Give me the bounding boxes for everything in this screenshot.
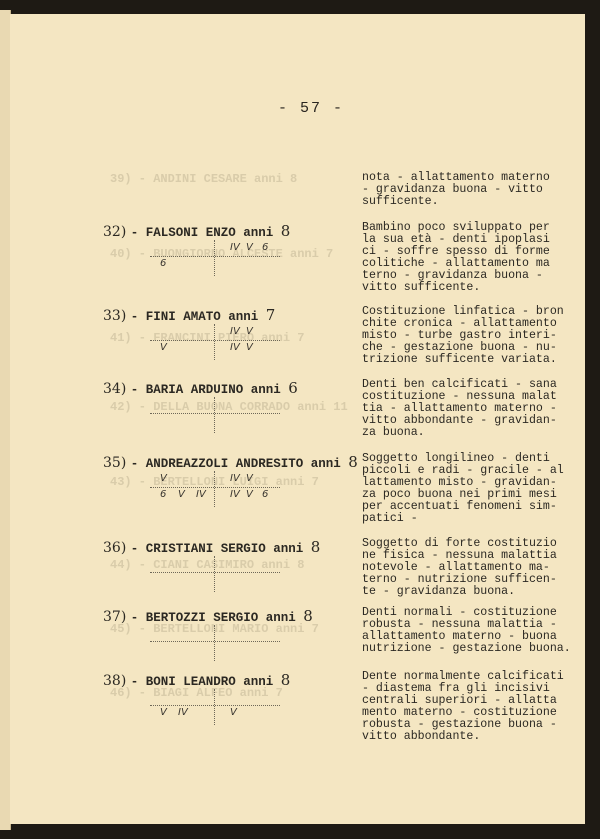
entry-heading: 32) - FALSONI ENZO anni 8 <box>103 222 290 240</box>
entry-name: - BERTOZZI SERGIO anni <box>131 611 304 625</box>
entry-number: 33) <box>103 308 131 324</box>
dental-chart <box>150 397 280 437</box>
entry-name: - BONI LEANDRO anni <box>131 675 281 689</box>
entry-number: 32) <box>103 224 131 240</box>
dental-mark: 6 <box>262 489 268 500</box>
dental-chart-vertical-line <box>214 689 215 725</box>
dental-chart-horizontal-line <box>150 572 280 573</box>
entry-description: Dente normalmente calcificati - diastema… <box>362 671 592 743</box>
dental-chart-vertical-line <box>214 625 215 661</box>
entry-description: Denti ben calcificati - sana costituzion… <box>362 379 592 439</box>
dental-chart: IVVVIVV <box>150 324 280 364</box>
entry-heading: 36) - CRISTIANI SERGIO anni 8 <box>103 538 320 556</box>
entry-number: 36) <box>103 540 131 556</box>
dental-chart-horizontal-line <box>150 340 280 341</box>
dental-mark: V <box>246 242 253 253</box>
dental-chart-vertical-line <box>214 556 215 592</box>
dental-chart-horizontal-line <box>150 413 280 414</box>
entry-name: - BARIA ARDUINO anni <box>131 383 289 397</box>
dental-mark: V <box>246 473 253 484</box>
dental-chart <box>150 625 280 665</box>
dental-chart-horizontal-line <box>150 705 280 706</box>
dental-mark: V <box>246 342 253 353</box>
dental-mark: IV <box>230 489 240 500</box>
dental-mark: V <box>230 707 237 718</box>
page-number: - 57 - <box>278 100 344 117</box>
entry-number: 34) <box>103 381 131 397</box>
continued-description: nota - allattamento materno - gravidanza… <box>362 172 592 208</box>
dental-mark: V <box>160 473 167 484</box>
dental-chart-vertical-line <box>214 471 215 507</box>
entry-number: 35) <box>103 455 131 471</box>
entry-heading: 38) - BONI LEANDRO anni 8 <box>103 671 290 689</box>
entry-age: 8 <box>281 671 291 689</box>
entry-age: 8 <box>311 538 321 556</box>
entry-description: Soggetto di forte costituzio ne fisica -… <box>362 538 592 598</box>
dental-chart-horizontal-line <box>150 256 280 257</box>
entry-name: - ANDREAZZOLI ANDRESITO anni <box>131 457 349 471</box>
entry-age: 8 <box>303 607 313 625</box>
dental-chart: IVV66 <box>150 240 280 280</box>
entry-description: Denti normali - costituzione robusta - n… <box>362 607 592 655</box>
dental-chart-vertical-line <box>214 240 215 276</box>
dental-chart <box>150 556 280 596</box>
entry-number: 38) <box>103 673 131 689</box>
dental-chart-vertical-line <box>214 397 215 433</box>
entry-age: 7 <box>266 306 276 324</box>
dental-chart: VIVV <box>150 689 280 729</box>
entry-name: - CRISTIANI SERGIO anni <box>131 542 311 556</box>
entry-age: 6 <box>288 379 298 397</box>
dental-chart: VIVV6VIVIVV6 <box>150 471 280 511</box>
dental-mark: 6 <box>160 489 166 500</box>
entry-description: Soggetto longilineo - denti piccoli e ra… <box>362 453 592 525</box>
dental-mark: V <box>160 342 167 353</box>
dental-mark: V <box>178 489 185 500</box>
entry-heading: 35) - ANDREAZZOLI ANDRESITO anni 8 <box>103 453 358 471</box>
dental-mark: IV <box>196 489 206 500</box>
dental-mark: IV <box>230 342 240 353</box>
entry-description: Costituzione linfatica - bron chite cron… <box>362 306 592 366</box>
entry-description: Bambino poco sviluppato per la sua età -… <box>362 222 592 294</box>
dental-chart-horizontal-line <box>150 487 280 488</box>
entry-name: - FALSONI ENZO anni <box>131 226 281 240</box>
dental-mark: IV <box>178 707 188 718</box>
dental-chart-vertical-line <box>214 324 215 360</box>
entry-heading: 34) - BARIA ARDUINO anni 6 <box>103 379 298 397</box>
entry-age: 8 <box>348 453 358 471</box>
dental-mark: IV <box>230 242 240 253</box>
dental-mark: V <box>246 489 253 500</box>
dental-mark: IV <box>230 326 240 337</box>
dental-mark: 6 <box>262 242 268 253</box>
bleed-through-text: 39) - ANDINI CESARE anni 8 <box>110 172 297 186</box>
dental-chart-horizontal-line <box>150 641 280 642</box>
dental-mark: V <box>246 326 253 337</box>
dental-mark: V <box>160 707 167 718</box>
entry-heading: 33) - FINI AMATO anni 7 <box>103 306 275 324</box>
dental-mark: 6 <box>160 258 166 269</box>
entry-number: 37) <box>103 609 131 625</box>
entry-name: - FINI AMATO anni <box>131 310 266 324</box>
entry-heading: 37) - BERTOZZI SERGIO anni 8 <box>103 607 313 625</box>
entry-age: 8 <box>281 222 291 240</box>
dental-mark: IV <box>230 473 240 484</box>
